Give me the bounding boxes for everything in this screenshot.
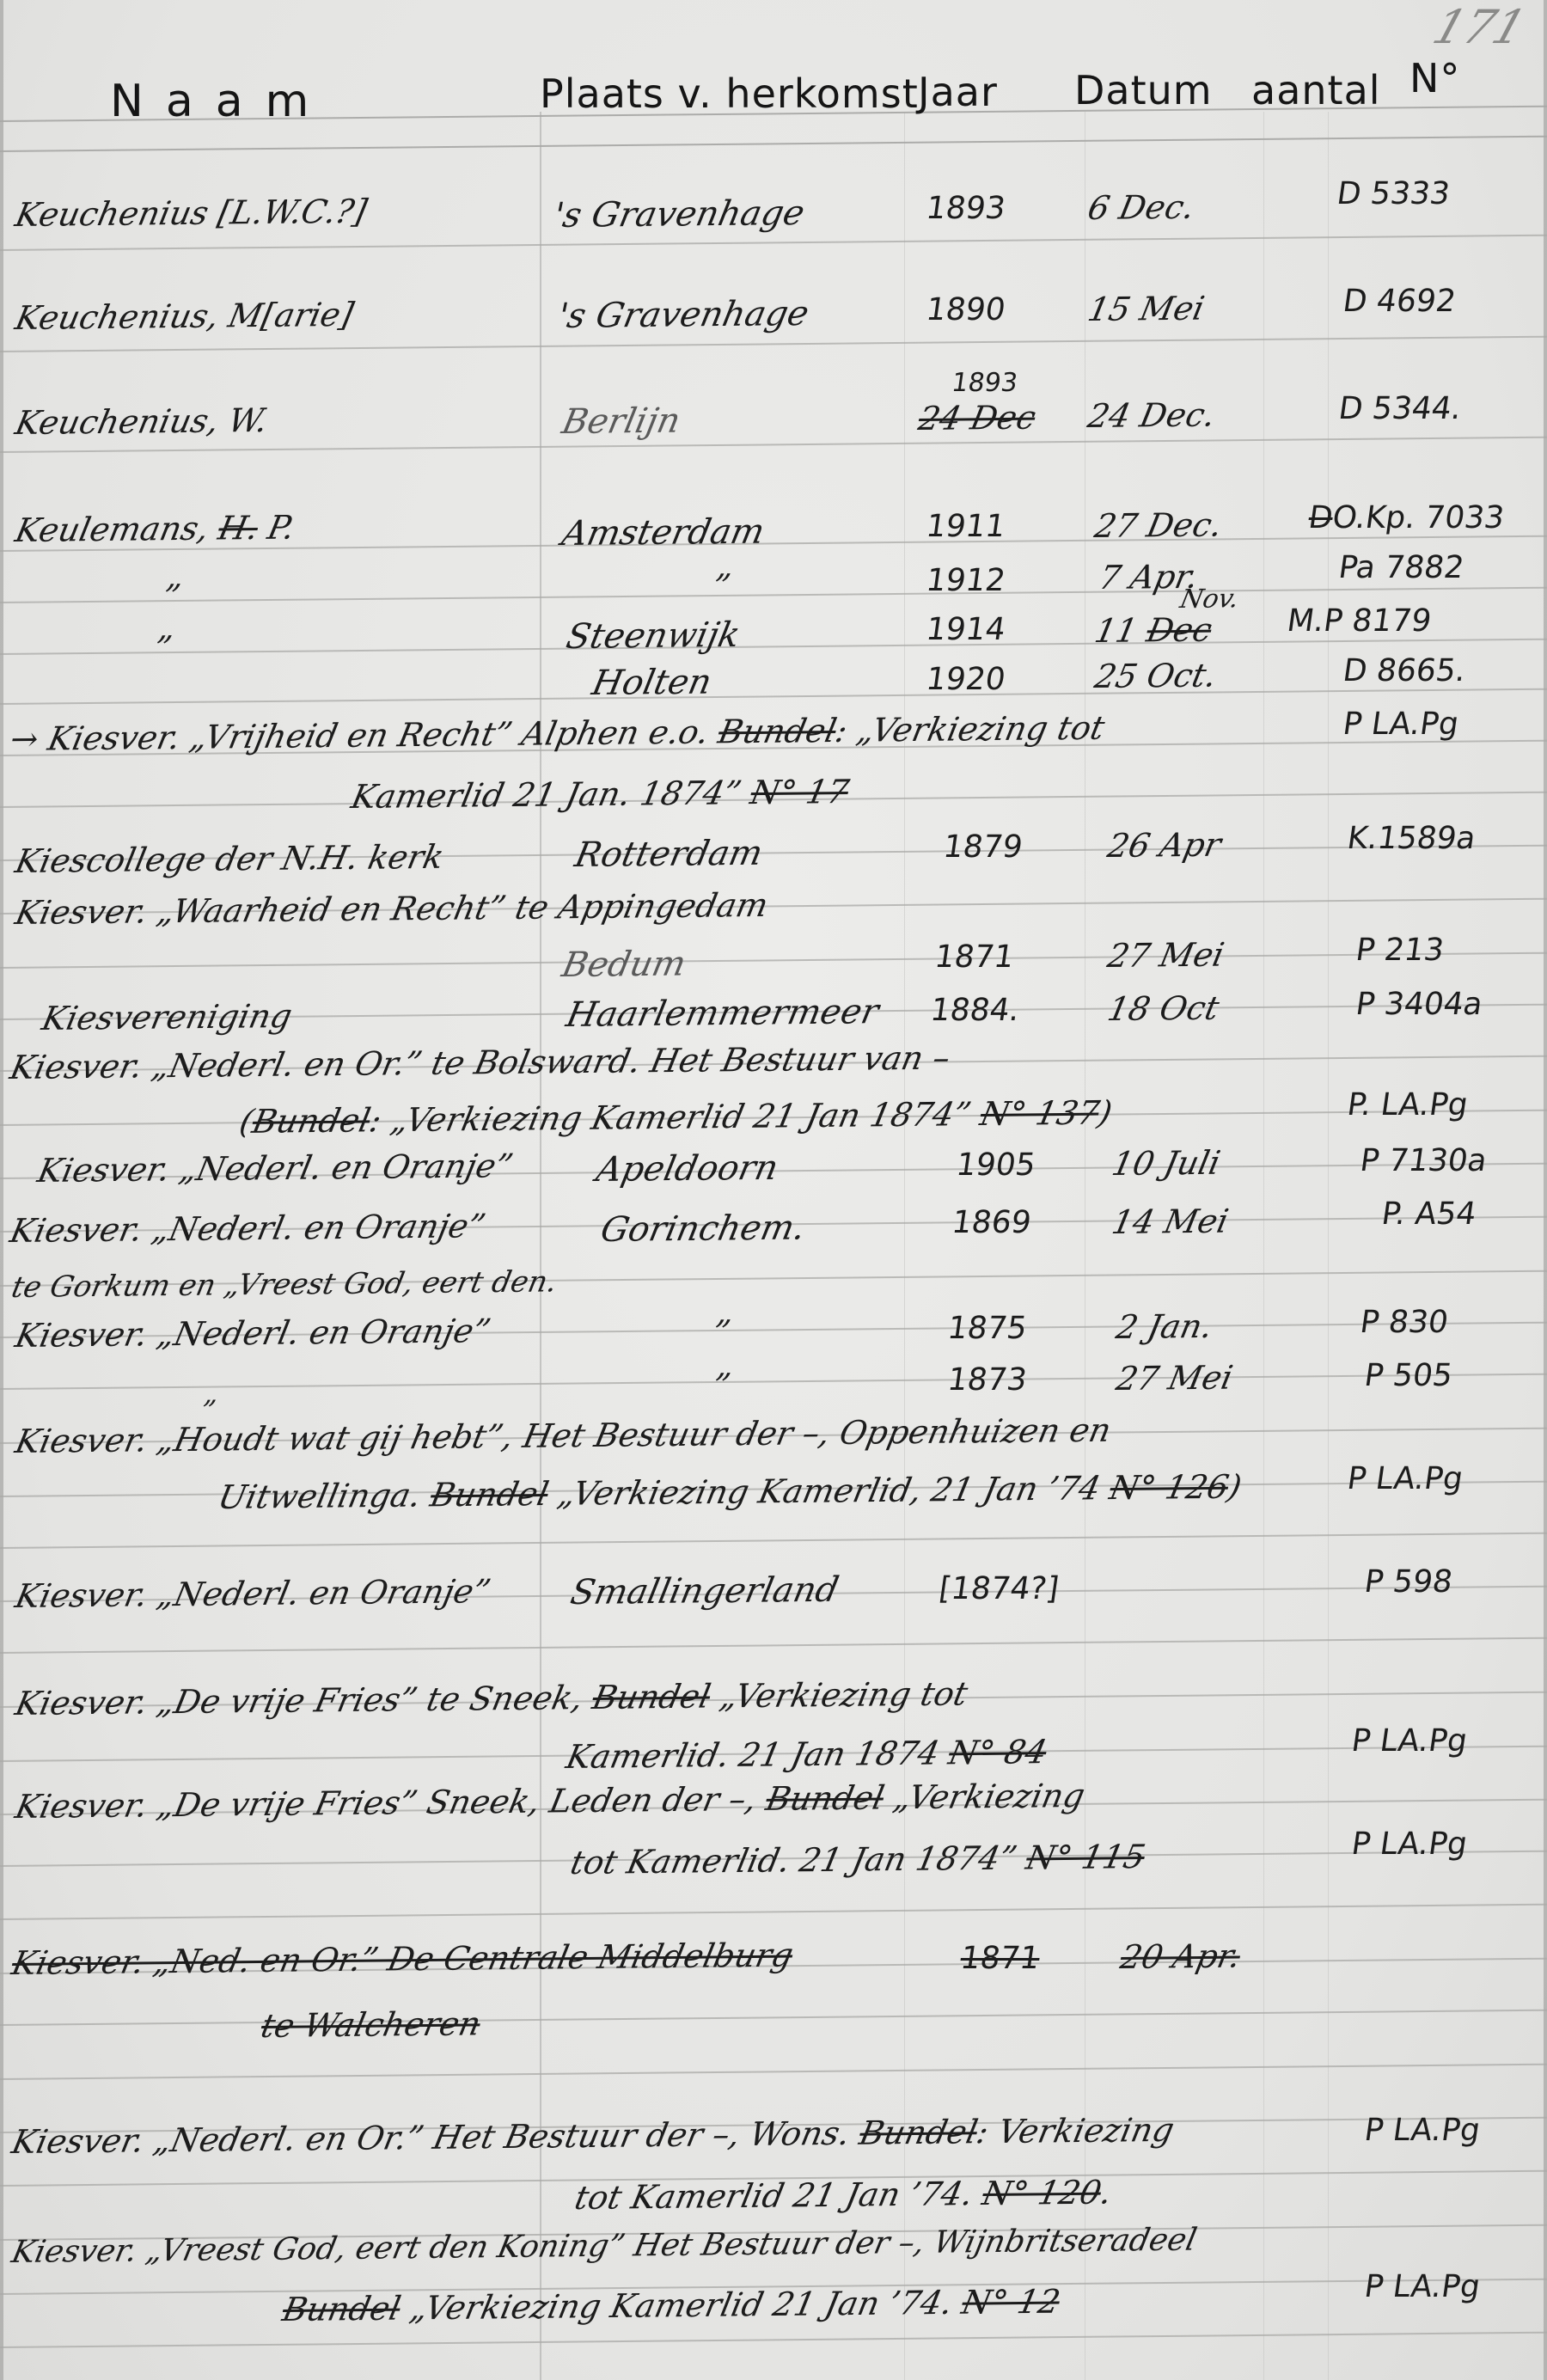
entry-naam-line2: tot Kamerlid 21 Jan ’74. N° 120.: [572, 2173, 1116, 2217]
entry-plaats: Rotterdam: [572, 834, 766, 875]
entry-jaar: 1905: [954, 1147, 1037, 1183]
entry-naam: Kiesvereniging: [39, 997, 296, 1037]
entry-nummer: D 5333: [1335, 176, 1452, 211]
entry-naam-line1: Kiesver. „De vrije Fries” te Sneek, Bund…: [12, 1674, 971, 1722]
entry-jaar: 1871: [958, 1941, 1042, 1976]
column-divider-jaar: [904, 112, 905, 2380]
entry-nummer: P. LA.Pg: [1345, 1087, 1471, 1123]
entry-naam-line2: Bundel „Verkiezing Kamerlid 21 Jan ’74. …: [279, 2283, 1063, 2328]
entry-plaats: Amsterdam: [559, 512, 767, 554]
entry-jaar: 1879: [941, 829, 1024, 865]
entry-naam-line2: (Bundel: „Verkiezing Kamerlid 21 Jan 187…: [236, 1093, 1116, 1141]
entry-nummer: D 8665.: [1341, 653, 1468, 688]
entry-jaar: 1884.: [928, 993, 1022, 1028]
entry-jaar: 1893: [924, 191, 1007, 226]
entry-nummer: P. A54: [1379, 1196, 1478, 1232]
entry-naam: Kiesver. „Waarheid en Recht” te Appinged…: [12, 886, 772, 932]
entry-datum: 10 Juli: [1109, 1144, 1224, 1183]
ruled-line: [0, 952, 1547, 969]
entry-naam-line1: Kiesver. „Vreest God, eert den Koning” H…: [9, 2223, 1200, 2270]
entry-datum: 27 Mei: [1113, 1359, 1236, 1398]
entry-naam-line2: te Gorkum en „Vreest God, eert den.: [9, 1264, 560, 1305]
ruled-line: [0, 2064, 1547, 2080]
entry-nummer: P 3404a: [1354, 987, 1485, 1022]
entry-plaats: Gorinchem.: [597, 1208, 809, 1250]
entry-datum-correction: Nov.: [1177, 584, 1241, 615]
entry-naam-line1: Kiesver. „Nederl. en Or.” Het Bestuur de…: [9, 2111, 1177, 2161]
column-divider-nummer: [1328, 112, 1329, 2380]
header-jaar: Jaar: [918, 69, 998, 115]
entry-nummer: Pa 7882: [1336, 550, 1466, 585]
entry-jaar: 1890: [924, 292, 1007, 327]
ruled-line: [0, 1533, 1547, 1549]
column-divider-aantal: [1263, 112, 1264, 2380]
header-aantal: aantal: [1251, 67, 1381, 113]
register-page: 171 Naam Plaats v. herkomst Jaar Datum a…: [0, 0, 1547, 2380]
entry-jaar: 1869: [950, 1205, 1033, 1240]
entry-plaats-ditto: ”: [709, 1367, 733, 1404]
entry-jaar: [1874?]: [937, 1571, 1061, 1606]
entry-jaar-struck: 24 Dec: [915, 399, 1039, 437]
entry-datum: 2 Jan.: [1113, 1307, 1216, 1346]
header-nummer: N°: [1409, 55, 1460, 101]
entry-datum: 26 Apr: [1104, 826, 1225, 865]
entry-nummer: D 4692: [1341, 284, 1458, 319]
entry-datum: 18 Oct: [1104, 989, 1222, 1028]
entry-naam-line1: → Kiesver. „Vrijheid en Recht” Alphen e.…: [7, 709, 1108, 758]
entry-naam-ditto: ”: [159, 578, 183, 615]
entry-nummer: P 830: [1358, 1305, 1451, 1340]
entry-naam: Keulemans, H. P.: [12, 509, 298, 549]
entry-plaats: Holten: [589, 663, 715, 703]
entry-nummer: P LA.Pg: [1341, 707, 1461, 742]
entry-nummer: DO.Kp. 7033: [1306, 500, 1507, 535]
entry-datum: 27 Dec.: [1091, 505, 1226, 545]
ruled-line: [0, 1904, 1547, 1920]
entry-datum: 25 Oct.: [1091, 657, 1220, 695]
entry-naam: Kiesver. „Nederl. en Oranje”: [12, 1312, 494, 1355]
ruled-line: [0, 2332, 1547, 2348]
entry-datum: 24 Dec.: [1085, 395, 1219, 435]
entry-nummer: P 213: [1354, 933, 1446, 968]
entry-plaats: 's Gravenhage: [554, 294, 812, 336]
entry-naam: Kiesver. „Nederl. en Oranje”: [34, 1147, 517, 1190]
entry-nummer: P LA.Pg: [1345, 1461, 1465, 1496]
header-datum: Datum: [1074, 67, 1213, 113]
entry-datum: 6 Dec.: [1085, 188, 1198, 227]
column-divider-plaats: [540, 112, 541, 2380]
entry-plaats: Apeldoorn: [593, 1148, 781, 1190]
ruled-line: [0, 136, 1547, 152]
entry-naam-line1: Kiesver. „Ned. en Or.” De Centrale Midde…: [9, 1936, 797, 1982]
ruled-line: [0, 587, 1547, 603]
entry-naam-line2: Uitwellingа. Bundel „Verkiezing Kamerlid…: [215, 1468, 1244, 1516]
entry-naam: Kiesver. „Nederl. en Oranje”: [7, 1207, 489, 1250]
entry-jaar: 1912: [924, 563, 1007, 598]
header-plaats: Plaats v. herkomst: [540, 70, 919, 117]
entry-naam: Kiesver. „Nederl. en Oranje”: [12, 1572, 494, 1615]
entry-nummer: P LA.Pg: [1349, 1723, 1470, 1759]
entry-naam: Kiescollege der N.H. kerk: [12, 838, 447, 880]
ruled-line: [0, 336, 1547, 352]
entry-naam-line2: Kamerlid. 21 Jan 1874 N° 84: [563, 1733, 1050, 1776]
page-edge-right: [1544, 0, 1547, 2380]
ruled-line: [0, 2010, 1547, 2026]
entry-jaar: 1920: [924, 662, 1007, 697]
page-number: 171: [1427, 0, 1533, 54]
entry-datum: 20 Apr.: [1117, 1937, 1244, 1976]
ruled-line: [0, 639, 1547, 655]
entry-jaar: 1875: [945, 1311, 1029, 1346]
entry-plaats: 's Gravenhage: [550, 193, 808, 236]
entry-plaats-ditto: ”: [709, 1313, 733, 1351]
entry-jaar: 1914: [924, 612, 1007, 647]
entry-nummer: D 5344.: [1336, 391, 1464, 426]
entry-naam-line1: Kiesver. „De vrije Fries” Sneek, Leden d…: [12, 1777, 1088, 1826]
page-edge-left: [0, 0, 3, 2380]
entry-datum: 11 Dec: [1091, 611, 1215, 650]
entry-naam: Keuchenius [L.W.C.?]: [12, 193, 370, 234]
entry-naam: Keuchenius, W.: [12, 401, 271, 442]
entry-nummer: P LA.Pg: [1362, 2113, 1483, 2148]
entry-nummer: K.1589a: [1345, 821, 1477, 856]
entry-plaats: Haarlemmermeer: [563, 992, 882, 1035]
entry-naam-line1: Kiesver. „Nederl. en Or.” te Bolsward. H…: [7, 1039, 954, 1086]
entry-nummer: P LA.Pg: [1349, 1826, 1470, 1862]
entry-plaats: Bedum: [559, 945, 689, 985]
entry-naam-line2: Kamerlid 21 Jan. 1874” N° 17: [348, 773, 852, 816]
header-naam: Naam: [110, 76, 331, 127]
entry-jaar: 1911: [924, 509, 1007, 544]
entry-nummer: P 505: [1362, 1358, 1455, 1393]
entry-nummer: P LA.Pg: [1362, 2269, 1483, 2304]
entry-naam-line2: tot Kamerlid. 21 Jan 1874” N° 115: [567, 1838, 1148, 1881]
entry-plaats: Berlijn: [559, 401, 684, 442]
entry-datum: 27 Mei: [1104, 936, 1227, 975]
ruled-line: [0, 688, 1547, 705]
entry-nummer: M.P 8179: [1285, 603, 1434, 639]
entry-jaar: 1871: [932, 939, 1016, 975]
entry-naam-line2: te Walcheren: [258, 2004, 484, 2045]
entry-naam-line1: Kiesver. „Houdt wat gij hebt”, Het Bestu…: [12, 1411, 1115, 1460]
ruled-line: [0, 1374, 1547, 1390]
column-divider-datum: [1085, 112, 1085, 2380]
entry-plaats: Smallingerland: [567, 1570, 842, 1612]
entry-nummer: P 7130a: [1358, 1143, 1489, 1178]
entry-plaats: Steenwijk: [563, 615, 743, 657]
entry-naam-ditto: ”: [150, 629, 174, 667]
entry-nummer: P 598: [1362, 1564, 1455, 1600]
ruled-line: [0, 235, 1547, 251]
entry-naam: Keuchenius, M[arie]: [12, 296, 357, 337]
entry-plaats-ditto: ”: [709, 567, 733, 605]
entry-datum: 14 Mei: [1109, 1202, 1232, 1241]
entry-jaar-correction: 1893: [950, 368, 1019, 398]
entry-jaar: 1873: [945, 1362, 1029, 1398]
entry-datum: 15 Mei: [1085, 290, 1208, 328]
ruled-line: [0, 1637, 1547, 1654]
